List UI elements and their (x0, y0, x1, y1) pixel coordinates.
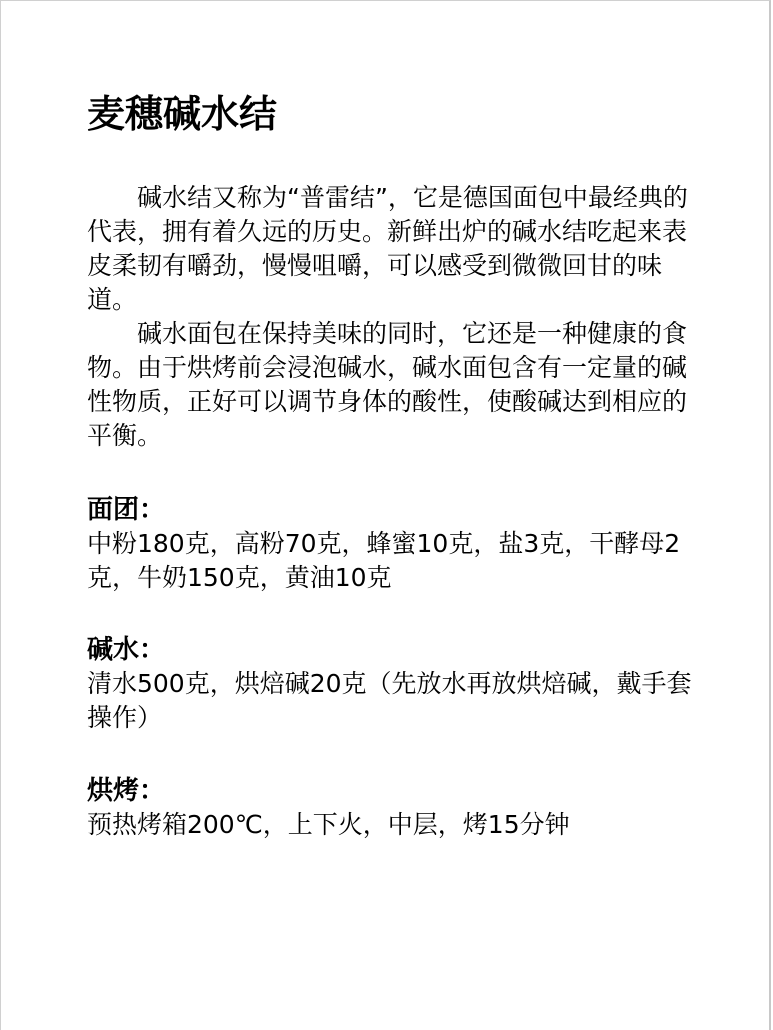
section-body: 清水500克，烘焙碱20克（先放水再放烘焙碱，戴手套操作） (87, 667, 699, 735)
section-lye-water: 碱水： 清水500克，烘焙碱20克（先放水再放烘焙碱，戴手套操作） (87, 633, 699, 735)
section-heading: 面团： (87, 493, 699, 527)
section-dough: 面团： 中粉180克，高粉70克，蜂蜜10克，盐3克，干酵母2克，牛奶150克，… (87, 493, 699, 595)
section-baking: 烘烤： 预热烤箱200℃，上下火，中层，烤15分钟 (87, 774, 699, 842)
intro-paragraph: 碱水结又称为“普雷结”，它是德国面包中最经典的代表，拥有着久远的历史。新鲜出炉的… (87, 181, 699, 317)
intro-paragraph: 碱水面包在保持美味的同时，它还是一种健康的食物。由于烘烤前会浸泡碱水，碱水面包含… (87, 317, 699, 453)
recipe-title: 麦穗碱水结 (87, 91, 277, 137)
section-body: 预热烤箱200℃，上下火，中层，烤15分钟 (87, 808, 699, 842)
intro-text: 碱水结又称为“普雷结”，它是德国面包中最经典的代表，拥有着久远的历史。新鲜出炉的… (87, 181, 699, 453)
document-page: 麦穗碱水结 碱水结又称为“普雷结”，它是德国面包中最经典的代表，拥有着久远的历史… (0, 0, 771, 1030)
section-heading: 烘烤： (87, 774, 699, 808)
section-heading: 碱水： (87, 633, 699, 667)
section-body: 中粉180克，高粉70克，蜂蜜10克，盐3克，干酵母2克，牛奶150克，黄油10… (87, 527, 699, 595)
